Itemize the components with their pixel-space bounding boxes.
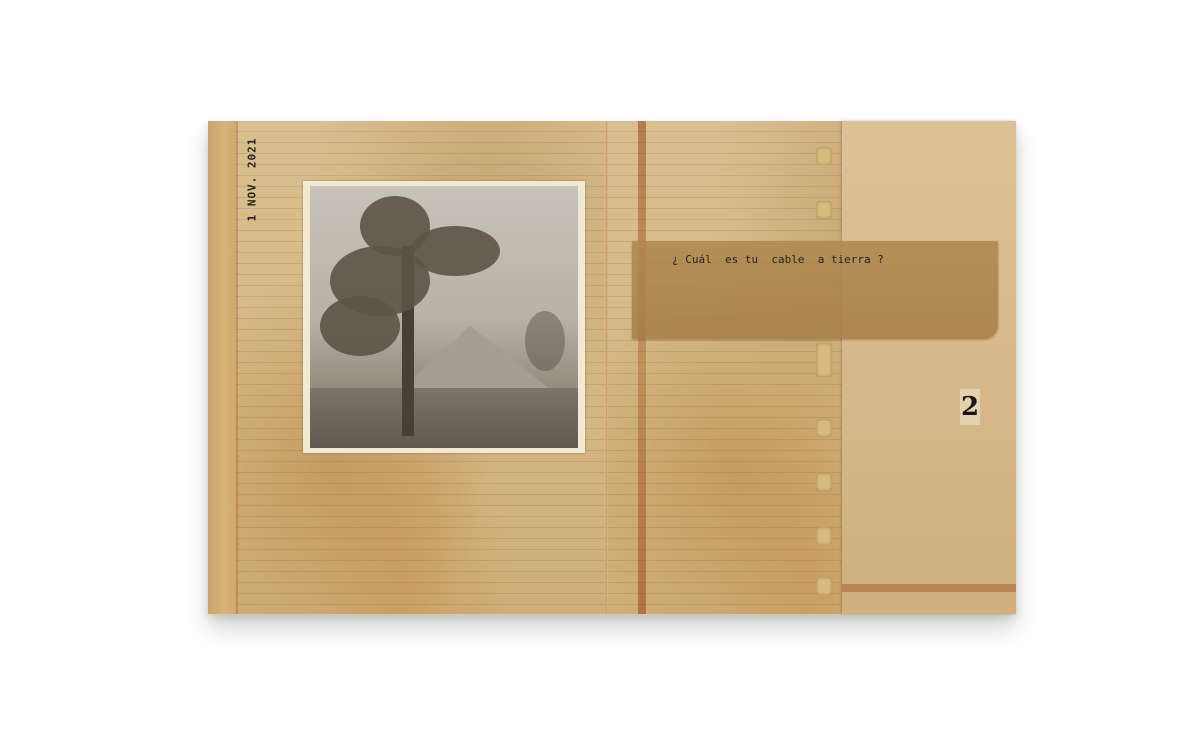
paper-flap	[842, 121, 1016, 614]
small-tree	[525, 311, 565, 371]
binder-hole	[816, 201, 832, 219]
binder-hole	[816, 577, 832, 595]
right-page: ¿ Cuál es tu cable a tierra ?	[608, 121, 1016, 614]
ground	[310, 388, 578, 448]
photo-frame	[303, 181, 585, 453]
page-number-label: 2	[960, 389, 980, 425]
binder-holes	[814, 121, 838, 614]
binder-hole	[816, 343, 832, 377]
rust-stain	[638, 121, 646, 614]
date-stamp-text: 1 NOV. 2021	[245, 138, 258, 222]
tape-strip: ¿ Cuál es tu cable a tierra ?	[632, 241, 998, 339]
binder-hole	[816, 527, 832, 545]
date-stamp: 1 NOV. 2021	[230, 133, 270, 233]
binder-hole	[816, 419, 832, 437]
typed-question: ¿ Cuál es tu cable a tierra ?	[672, 253, 884, 266]
tree-crown	[320, 296, 400, 356]
tree-crown	[410, 226, 500, 276]
left-page: 1 NOV. 2021	[208, 121, 608, 614]
notebook: 1 NOV. 2021	[208, 121, 1016, 614]
vintage-photo	[310, 186, 578, 448]
binder-hole	[816, 147, 832, 165]
rust-band	[842, 584, 1016, 592]
binder-hole	[816, 473, 832, 491]
